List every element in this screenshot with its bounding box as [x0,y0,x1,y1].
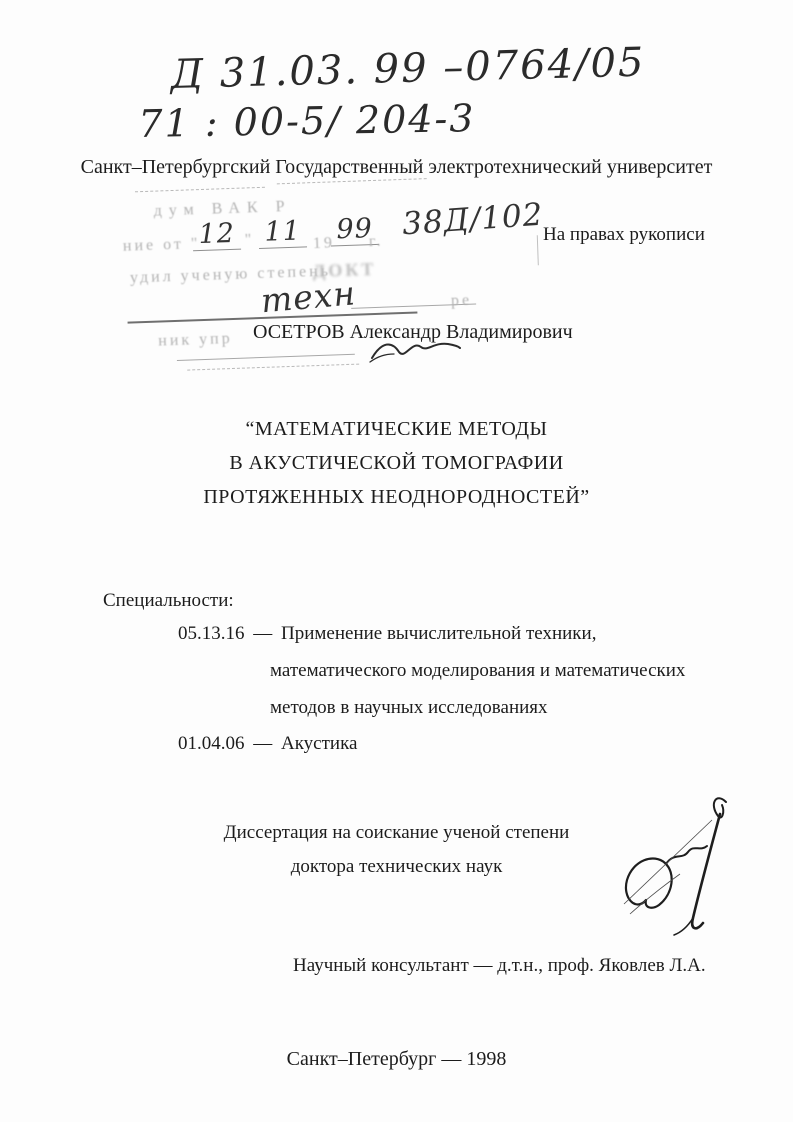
stamp-right-edge-mark [537,235,539,265]
specialties-heading: Специальности: [103,590,234,612]
specialty-row-1: 05.13.16 — Применение вычислительной тех… [178,623,596,645]
large-signature [608,792,748,937]
handwritten-catalog-number-2: 71 : 00-5/ 204-3 [138,96,476,146]
stamp-handwritten-degree-type: техн [259,273,357,320]
specialty-1-text-line-1: Применение вычислительной техники, [281,623,596,644]
handwritten-catalog-number-1: Д 31.03. 99 –0764/05 [170,40,646,98]
scientific-consultant-line: Научный консультант — д.т.н., проф. Яков… [293,955,706,977]
specialty-1-separator: — [253,623,272,644]
title-line-2: В АКУСТИЧЕСКОЙ ТОМОГРАФИИ [0,452,793,475]
title-line-1: “МАТЕМАТИЧЕСКИЕ МЕТОДЫ [0,418,793,441]
university-name: Санкт–Петербургский Государственный элек… [0,156,793,179]
stamp-handwritten-day: 12 [192,218,241,252]
specialty-2-separator: — [253,733,272,754]
specialty-1-text-line-3: методов в научных исследованиях [270,697,548,719]
city-year-line: Санкт–Петербург — 1998 [0,1048,793,1071]
stamp-year-printed: 19 [313,234,336,253]
specialty-1-code: 05.13.16 [178,623,245,644]
stamp-official-text: ник упр [158,330,233,351]
stamp-bottom-rule-1 [177,354,355,361]
stamp-day-close-quote: " [244,231,254,249]
stamp-degree-line: удил ученую степень [130,263,332,288]
stamp-side-fragment: ре [451,292,473,311]
stamp-handwritten-month: 11 [258,215,307,249]
stamp-border-top-left [135,187,265,193]
manuscript-rights-note: На правах рукописи [543,224,705,246]
vak-stamp: дум ВАК Р ние от " 12 " 11 19 99 г. 38Д/… [115,177,552,392]
stamp-handwritten-year: 99 [330,213,379,247]
stamp-degree-word: ДОКТ [313,259,377,282]
stamp-year-suffix: г. [369,233,384,252]
stamp-handwritten-protocol-number: 38Д/102 [401,197,544,243]
stamp-bottom-rule-2 [187,364,359,371]
stamp-decision-prefix: ние от " [123,235,201,256]
author-signature [368,332,463,368]
dissertation-title-page: Д 31.03. 99 –0764/05 71 : 00-5/ 204-3 Са… [0,0,793,1122]
stamp-degree-underline [351,303,476,308]
specialty-1-text-line-2: математического моделирования и математи… [270,660,685,682]
specialty-row-2: 01.04.06 — Акустика [178,733,357,755]
stamp-header-text: дум ВАК Р [153,198,291,221]
title-line-3: ПРОТЯЖЕННЫХ НЕОДНОРОДНОСТЕЙ” [0,486,793,509]
specialty-2-code: 01.04.06 [178,733,245,754]
stamp-border-top-right [277,178,427,184]
specialty-2-text-line-1: Акустика [281,733,357,754]
